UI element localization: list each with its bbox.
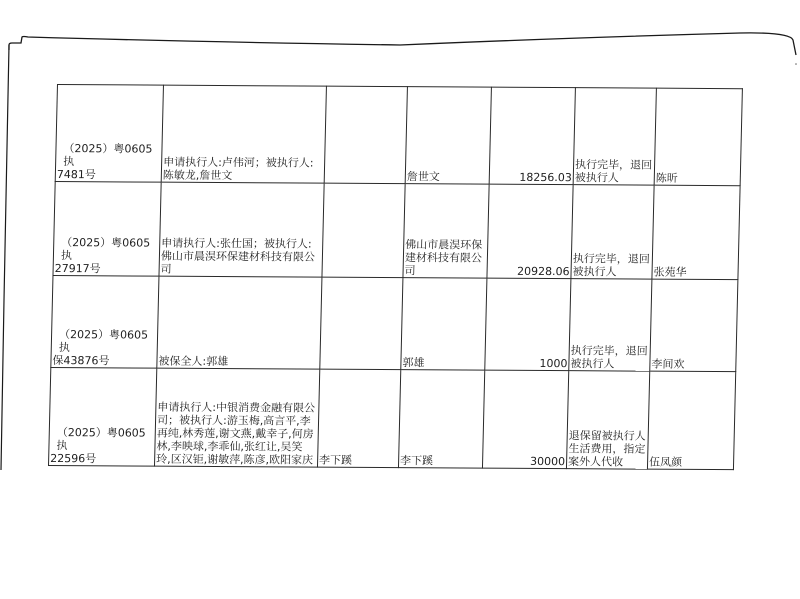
case-number-cell: （2025）粤0605执 27917号 [53, 182, 161, 277]
handler-cell: 李间欢 [650, 279, 738, 372]
case-number-line2: 保43876号 [52, 354, 155, 368]
result-cell: 退保留被执行人生活费用，指定案外人代收 [566, 371, 649, 469]
parties-cell: 申请执行人:中银消费金融有限公司；被执行人:游玉梅,高言平,李再纯,林秀莲,谢文… [154, 368, 319, 467]
parties-cell: 被保全人:郭雄 [157, 276, 322, 369]
case-number-line1: （2025）粤0605执 [50, 426, 154, 453]
table-row: （2025）粤0605执 22596号 申请执行人:中银消费金融有限公司；被执行… [49, 367, 736, 469]
handler-cell: 张苑华 [652, 185, 740, 280]
handler-cell: 伍凤颜 [647, 371, 735, 470]
table-row: （2025）粤0605执 保43876号 被保全人:郭雄 郭雄 1000 执行完… [51, 275, 738, 371]
parties-cell: 申请执行人:卢伟河；被执行人:陈敏龙,詹世文 [161, 85, 326, 183]
column3-cell: 李下蹊 [317, 369, 400, 467]
enforcement-case-table: （2025）粤0605执 7481号 申请执行人:卢伟河；被执行人:陈敏龙,詹世… [48, 84, 743, 470]
table-row: （2025）粤0605执 27917号 申请执行人:张仕国；被执行人:佛山市晨淏… [53, 182, 740, 280]
case-number-line1: （2025）粤0605执 [53, 328, 157, 355]
table-row: （2025）粤0605执 7481号 申请执行人:卢伟河；被执行人:陈敏龙,詹世… [55, 85, 742, 186]
payee-cell: 郭雄 [401, 278, 487, 371]
result-cell: 执行完毕，退回被执行人 [571, 185, 654, 279]
payee-cell: 李下蹊 [398, 370, 484, 469]
result-cell: 执行完毕，退回被执行人 [569, 279, 652, 371]
record-table: （2025）粤0605执 7481号 申请执行人:卢伟河；被执行人:陈敏龙,詹世… [48, 84, 743, 470]
case-number-cell: （2025）粤0605执 7481号 [55, 85, 163, 183]
column3-cell [324, 86, 407, 183]
handler-cell: 陈昕 [654, 88, 742, 186]
parties-cell: 申请执行人:张仕国；被执行人:佛山市晨淏环保建材科技有限公司 [159, 182, 324, 277]
case-number-line2: 7481号 [57, 168, 160, 182]
case-number-cell: （2025）粤0605执 22596号 [49, 367, 157, 466]
case-number-line1: （2025）粤0605执 [55, 236, 159, 263]
column3-cell [320, 277, 403, 369]
amount-cell: 20928.06 [487, 184, 573, 279]
amount-cell: 18256.03 [489, 87, 575, 185]
amount-cell: 1000 [485, 278, 571, 371]
column3-cell [322, 183, 405, 277]
case-number-line1: （2025）粤0605执 [57, 142, 161, 169]
payee-cell: 佛山市晨淏环保建材科技有限公司 [403, 184, 489, 279]
amount-cell: 30000 [482, 370, 568, 469]
case-number-cell: （2025）粤0605执 保43876号 [51, 275, 159, 368]
case-number-line2: 27917号 [54, 262, 157, 276]
result-cell: 执行完毕，退回被执行人 [573, 88, 656, 185]
case-number-line2: 22596号 [50, 452, 153, 466]
payee-cell: 詹世文 [405, 87, 491, 185]
